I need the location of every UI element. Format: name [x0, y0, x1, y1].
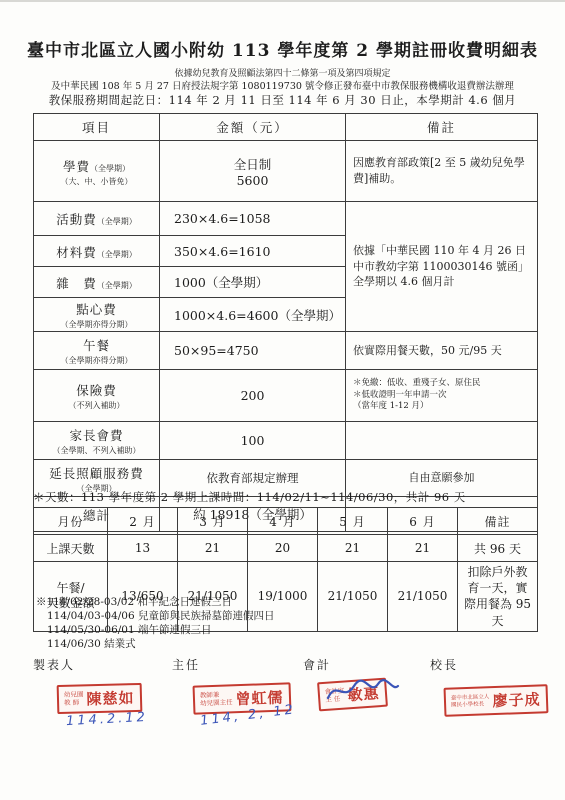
note-cell: 依實際用餐天數，50 元/95 天: [346, 332, 538, 370]
handwritten-signature-scribble: [322, 676, 402, 706]
amount-cell: 230×4.6=1058: [160, 202, 346, 236]
fee-table-header-row: 項目 金額（元） 備註: [34, 114, 538, 141]
signature-label-accountant: 會計: [303, 656, 331, 673]
month-col-label: 月份: [34, 508, 108, 535]
fee-row-activity: 活動費（全學期） 230×4.6=1058 依據「中華民國 110 年 4 月 …: [34, 202, 538, 236]
fee-row-parent-association: 家長會費 （全學期、不列入補助） 100: [34, 422, 538, 460]
amount-cell: 全日制 5600: [160, 141, 346, 202]
stamp-title-text: 教師兼 幼兒園主任: [200, 691, 233, 708]
amount-cell: 100: [160, 422, 346, 460]
value-cell: 21/1050: [318, 562, 388, 632]
principal-red-seal-stamp: 臺中市北區立人 國民小學校長 廖子成: [444, 684, 548, 717]
stamp-name-text: 廖子成: [492, 688, 541, 711]
month-table-header-row: 月份 2 月 3 月 4 月 5 月 6 月 備註: [34, 508, 538, 535]
attendance-days-row: 上課天數 13 21 20 21 21 共 96 天: [34, 535, 538, 562]
signature-label-director: 主任: [172, 656, 200, 673]
value-cell: 21: [318, 535, 388, 562]
amount-cell: 50×95=4750: [160, 332, 346, 370]
holiday-notes: ※114/02/28-03/02 和平紀念日連假三日 114/04/03-04/…: [36, 595, 274, 651]
row-label: 上課天數: [34, 535, 108, 562]
value-cell: 13: [108, 535, 178, 562]
holiday-note-line: 114/04/03-04/06 兒童節與民族掃墓節連假四日: [36, 609, 274, 623]
stamp-title-text: 幼兒園 教 師: [64, 691, 84, 707]
holiday-note-line: ※114/02/28-03/02 和平紀念日連假三日: [36, 595, 274, 609]
note-cell: 共 96 天: [458, 535, 538, 562]
fee-row-tuition: 學費（全學期） （大、中、小皆免） 全日制 5600 因應教育部政策[2 至 5…: [34, 141, 538, 202]
stamp-name-text: 陳慈如: [86, 687, 135, 709]
note-cell-empty: [346, 422, 538, 460]
fee-table: 項目 金額（元） 備註 學費（全學期） （大、中、小皆免） 全日制 5600 因…: [33, 113, 538, 532]
amount-cell: 1000（全學期）: [160, 267, 346, 298]
item-cell: 活動費（全學期）: [34, 202, 160, 236]
note-cell: 扣除戶外教育一天，實際用餐為 95 天: [458, 562, 538, 632]
holiday-note-line: 114/05/30-06/01 端午節連假三日: [36, 623, 274, 637]
month-col-feb: 2 月: [108, 508, 178, 535]
scan-artifact-line: [0, 0, 565, 2]
fee-col-amount: 金額（元）: [160, 114, 346, 141]
stamp-title-text: 臺中市北區立人 國民小學校長: [451, 694, 490, 709]
fee-col-note: 備註: [346, 114, 538, 141]
item-cell: 家長會費 （全學期、不列入補助）: [34, 422, 160, 460]
scanned-document-page: 臺中市北區立人國小附幼 113 學年度第 2 學期註冊收費明細表 依據幼兒教育及…: [0, 0, 565, 800]
item-cell: 點心費 （全學期亦得分期）: [34, 298, 160, 332]
signature-label-principal: 校長: [430, 656, 458, 673]
item-cell: 午餐 （全學期亦得分期）: [34, 332, 160, 370]
signature-label-maker: 製表人: [33, 656, 75, 673]
value-cell: 21: [178, 535, 248, 562]
amount-cell: 350×4.6=1610: [160, 236, 346, 267]
value-cell: 21/1050: [388, 562, 458, 632]
handwritten-date: 114.2.12: [66, 710, 149, 729]
month-col-apr: 4 月: [248, 508, 318, 535]
item-cell: 保險費 （不列入補助）: [34, 370, 160, 422]
fee-row-insurance: 保險費 （不列入補助） 200 ＊免繳：低收、重殘子女、原住民 ＊低收證明一年申…: [34, 370, 538, 422]
page-title: 臺中市北區立人國小附幼 113 學年度第 2 學期註冊收費明細表: [0, 36, 565, 61]
semester-days-line: ＊天數：113 學年度第 2 學期上課時間：114/02/11~114/06/3…: [33, 489, 466, 505]
item-cell: 材料費（全學期）: [34, 236, 160, 267]
item-cell: 雜 費（全學期）: [34, 267, 160, 298]
item-cell: 學費（全學期） （大、中、小皆免）: [34, 141, 160, 202]
note-cell-merged: 依據「中華民國 110 年 4 月 26 日中市教幼字第 1100030146 …: [346, 202, 538, 332]
service-period-line: 教保服務期間起訖日：114 年 2 月 11 日至 114 年 6 月 30 日…: [0, 92, 565, 108]
note-cell: ＊免繳：低收、重殘子女、原住民 ＊低收證明一年申請一次 （當年度 1-12 月）: [346, 370, 538, 422]
month-col-jun: 6 月: [388, 508, 458, 535]
month-col-mar: 3 月: [178, 508, 248, 535]
month-col-note: 備註: [458, 508, 538, 535]
value-cell: 20: [248, 535, 318, 562]
note-cell: 因應教育部政策[2 至 5 歲幼兒免學費]補助。: [346, 141, 538, 202]
fee-col-item: 項目: [34, 114, 160, 141]
fee-row-lunch: 午餐 （全學期亦得分期） 50×95=4750 依實際用餐天數，50 元/95 …: [34, 332, 538, 370]
maker-red-seal-stamp: 幼兒園 教 師 陳慈如: [57, 683, 142, 714]
amount-cell: 200: [160, 370, 346, 422]
amount-cell: 1000×4.6=4600（全學期）: [160, 298, 346, 332]
holiday-note-line: 114/06/30 結業式: [36, 637, 274, 651]
month-col-may: 5 月: [318, 508, 388, 535]
legal-basis-line-2: 及中華民國 108 年 5 月 27 日府授法規字第 1080119730 號令…: [0, 78, 565, 92]
value-cell: 21: [388, 535, 458, 562]
